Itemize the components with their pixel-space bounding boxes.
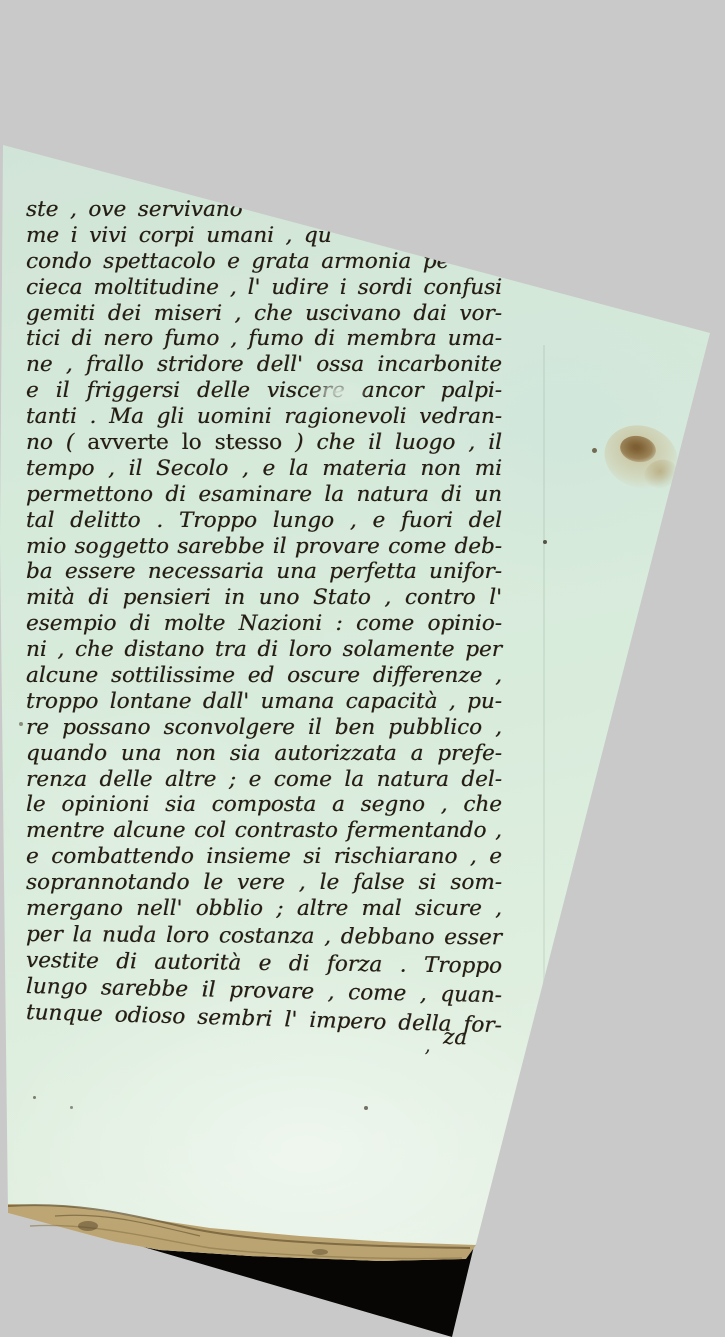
text-line: re possano sconvolgere il ben pubblico , [26,715,502,741]
text-line: tanti . Ma gli uomini ragionevoli vedran… [26,404,502,430]
italic-text-span: no ( [26,430,87,455]
text-line: cieca moltitudine , l' udire i sordi con… [26,275,502,301]
text-line: ste , ove servivano [26,197,502,223]
text-line: ba essere necessaria una perfetta unifor… [26,559,502,585]
speck [19,722,23,726]
text-line: mio soggetto sarebbe il provare come deb… [26,534,502,560]
text-line: e il friggersi delle viscere ancor palpi… [26,378,502,404]
speck [592,448,597,453]
italic-text-span: ) che il luogo , il [282,430,502,455]
text-line: alcune sottilissime ed oscure differenze… [26,663,502,689]
text-line: condo spettacolo e grata armonia pe [26,249,502,275]
scan-background: ’ ste , ove servivanome i vivi corpi uma… [0,0,725,1337]
text-line: tici di nero fumo , fumo di membra uma- [26,326,502,352]
speck [543,540,547,544]
text-line: per la nuda loro costanza , debbano esse… [26,922,502,951]
catchword: za [443,1025,468,1052]
ink-fade-smudge [312,381,368,404]
text-line: tal delitto . Troppo lungo , e fuori del [26,508,502,534]
text-line: gemiti dei miseri , che uscivano dai vor… [26,301,502,327]
fold-crease-lines [0,1190,500,1337]
text-line: permettono di esaminare la natura di un [26,482,502,508]
paper-chain-line [543,345,545,1085]
book-page: ’ ste , ove servivanome i vivi corpi uma… [0,0,725,1337]
text-line: quando una non sia autorizzata a prefe- [26,741,502,767]
text-line: mergano nell' obblio ; altre mal sicure … [26,896,502,922]
stray-comma-mark: ’ [424,1046,438,1068]
text-line: ni , che distano tra di loro solamente p… [26,637,502,663]
text-line: mità di pensieri in uno Stato , contro l… [26,585,502,611]
text-line: troppo lontane dall' umana capacità , pu… [26,689,502,715]
text-line: le opinioni sia composta a segno , che [26,792,502,818]
speck [364,1106,368,1110]
text-line: e combattendo insieme si rischiarano , e [26,844,502,870]
text-line: me i vivi corpi umani , qu [26,223,502,249]
page-text-block: ste , ove servivanome i vivi corpi umani… [26,197,502,1026]
text-line: ne , frallo stridore dell' ossa incarbon… [26,352,502,378]
text-line: renza delle altre ; e come la natura del… [26,767,502,793]
roman-text-span: avverte lo stesso [87,430,282,455]
text-line: esempio di molte Nazioni : come opinio- [26,611,502,637]
speck [70,1106,73,1109]
text-line: tempo , il Secolo , e la materia non mi [26,456,502,482]
text-line: no ( avverte lo stesso ) che il luogo , … [26,430,502,456]
text-line: soprannotando le vere , le false si som- [26,870,502,896]
speck [33,1096,36,1099]
text-line: mentre alcune col contrasto fermentando … [26,818,502,844]
